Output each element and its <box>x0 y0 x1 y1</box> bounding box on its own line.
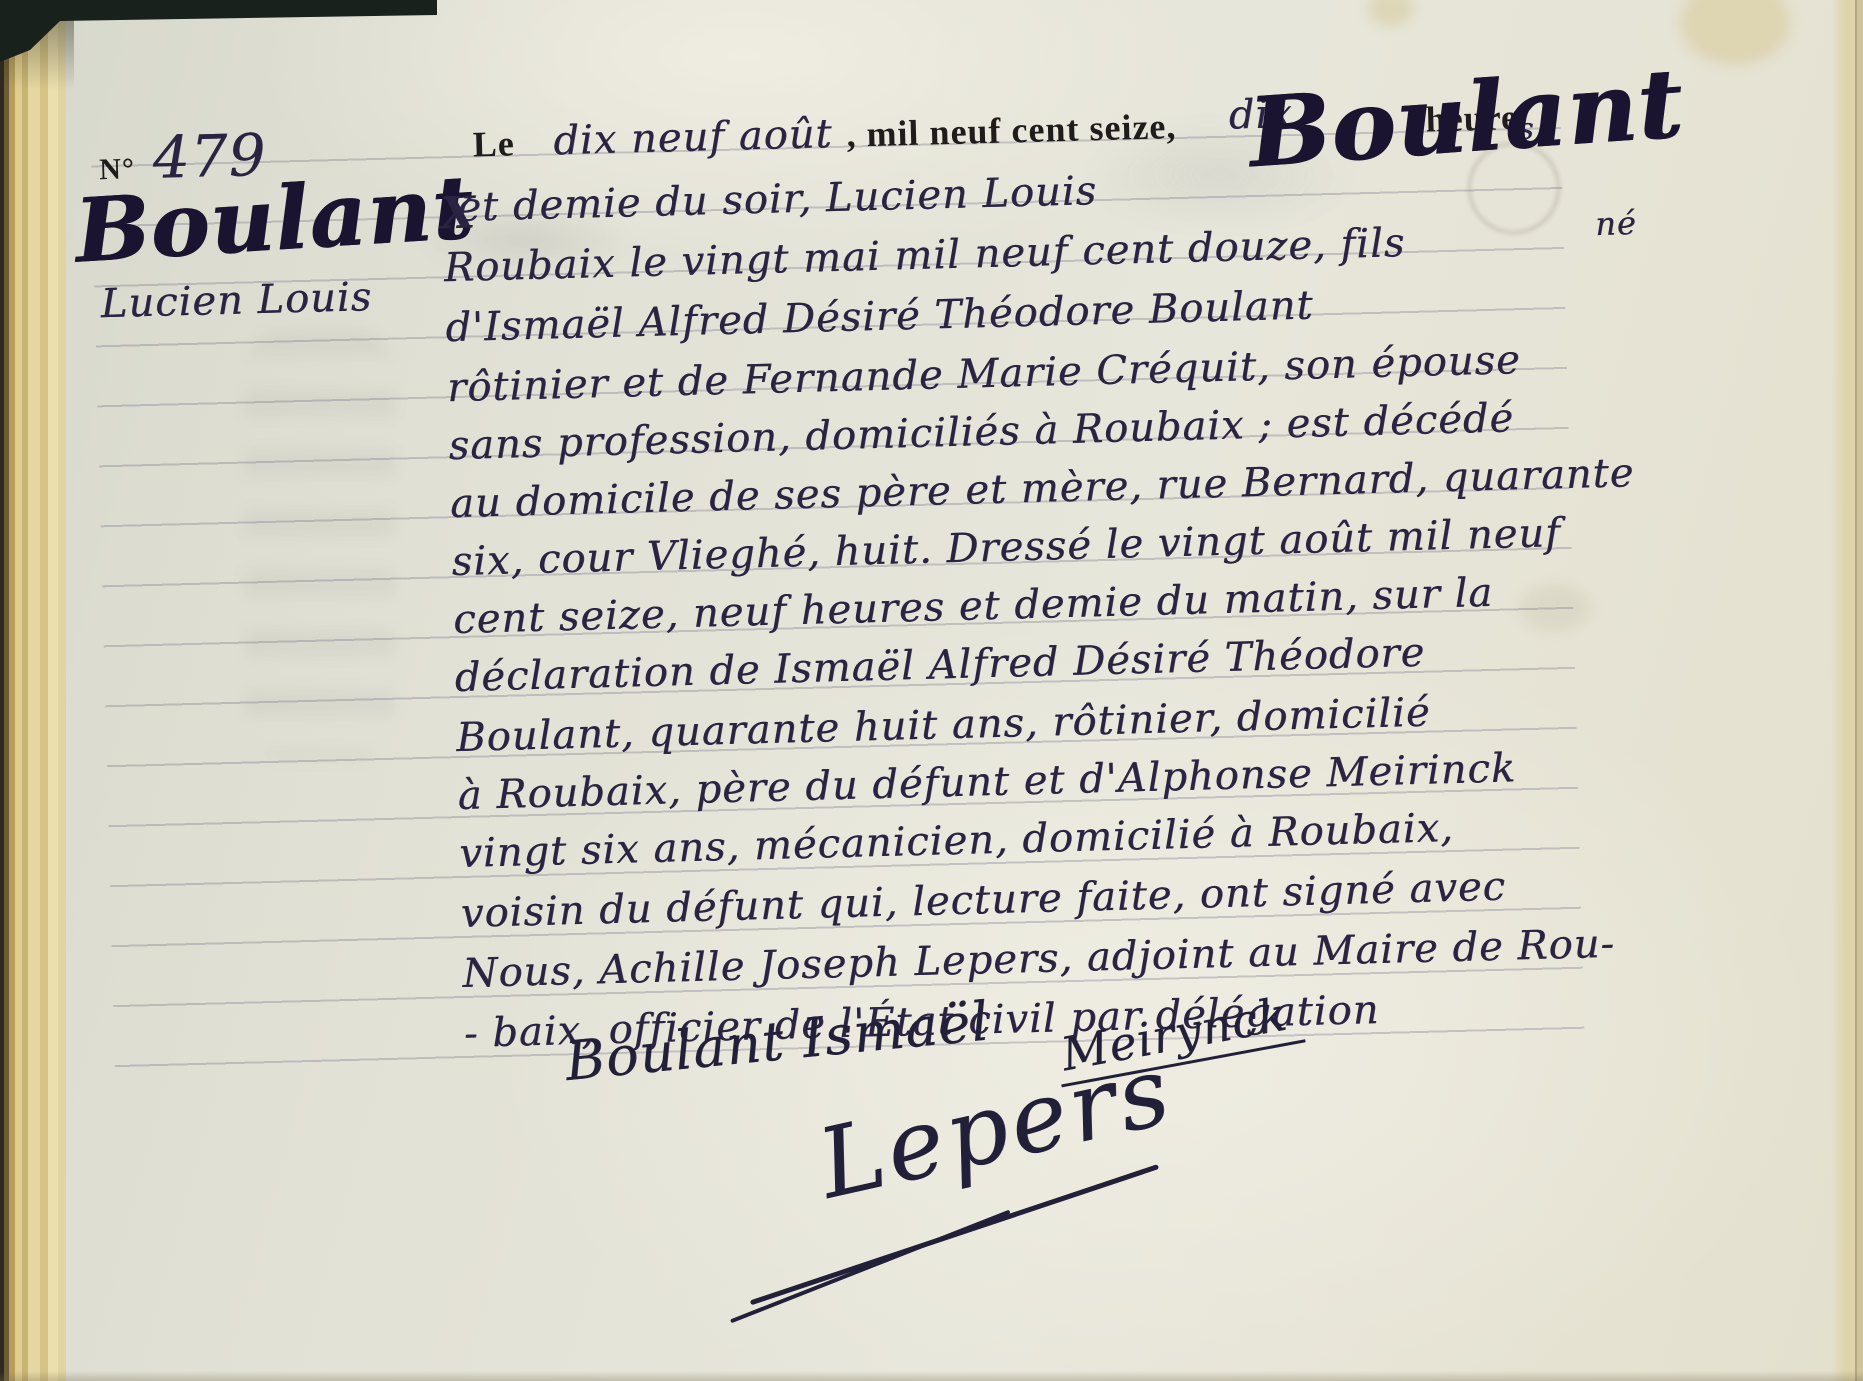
paper-stain <box>1680 0 1790 65</box>
paper-stain <box>1368 0 1414 26</box>
printed-year: , mil neuf cent seize, <box>846 106 1177 155</box>
writing-area: N°479 Boulant Lucien Louis X Le dix neuf… <box>70 81 1602 1360</box>
printed-le: Le <box>472 123 515 164</box>
headline-ne-note: né <box>1595 204 1638 243</box>
register-page: N°479 Boulant Lucien Louis X Le dix neuf… <box>0 0 1863 1381</box>
page-edge-right <box>1831 0 1863 1381</box>
page-edge-left <box>0 0 74 1381</box>
signature-flourish <box>730 1210 1011 1324</box>
margin-given-names: Lucien Louis <box>100 274 373 327</box>
page-edge-bottom <box>0 1371 1863 1381</box>
headline-surname: Boulant <box>1245 46 1687 189</box>
handwritten-date: dix neuf août <box>553 111 833 164</box>
